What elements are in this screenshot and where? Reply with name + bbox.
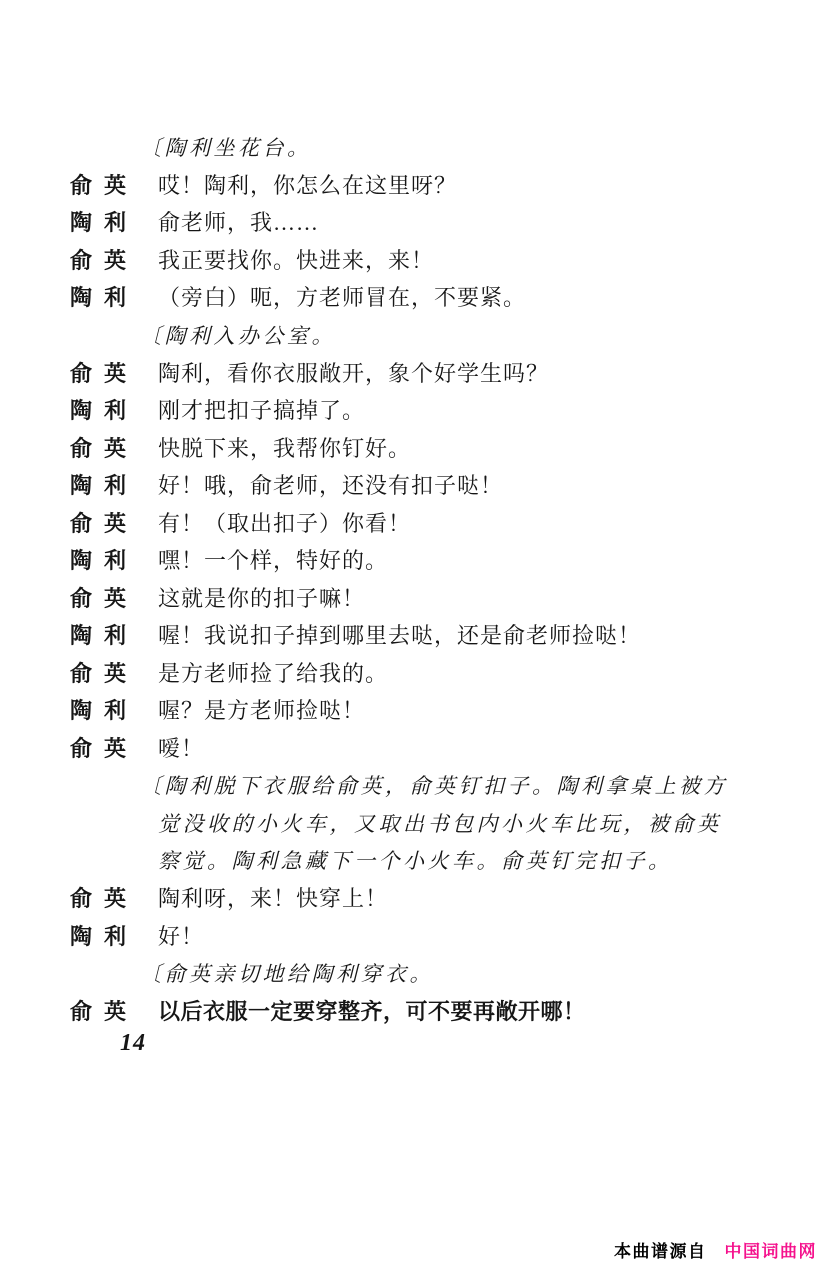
page-number: 14 (120, 1030, 146, 1057)
dialogue-text: 好！哦，俞老师，还没有扣子哒！ (158, 469, 503, 500)
dialogue-line: 俞英 这就是你的扣子嘛！ (0, 579, 822, 617)
dialogue-text: 陶利呀，来！快穿上！ (158, 882, 388, 913)
stage-direction-line: 察觉。陶利急藏下一个小火车。俞英钉完扣子。 (0, 841, 822, 879)
speaker-name: 陶利 (70, 281, 158, 312)
speaker-name: 陶利 (70, 394, 158, 425)
stage-direction-line: 〔俞英亲切地给陶利穿衣。 (0, 954, 822, 992)
dialogue-line: 陶利 好！ (0, 916, 822, 954)
stage-direction-line: 〔陶利坐花台。 (0, 128, 822, 166)
dialogue-text: 是方老师捡了给我的。 (158, 657, 388, 688)
stage-direction-text: 〔陶利入办公室。 (140, 320, 336, 350)
speaker-name: 俞英 (70, 244, 158, 275)
dialogue-text: 嘿！一个样，特好的。 (158, 544, 388, 575)
dialogue-line: 陶利 喔！我说扣子掉到哪里去哒，还是俞老师捡哒！ (0, 616, 822, 654)
dialogue-text: 好！ (158, 920, 204, 951)
speaker-name: 俞英 (70, 357, 158, 388)
dialogue-line: 陶利 喔？是方老师捡哒！ (0, 691, 822, 729)
dialogue-text: 俞老师，我…… (158, 206, 319, 237)
dialogue-line: 俞英 我正要找你。快进来，来！ (0, 241, 822, 279)
speaker-name: 俞英 (70, 882, 158, 913)
stage-direction-text: 觉没收的小火车，又取出书包内小火车比玩，被俞英 (158, 808, 722, 838)
dialogue-line: 陶利 好！哦，俞老师，还没有扣子哒！ (0, 466, 822, 504)
speaker-name: 俞英 (70, 507, 158, 538)
stage-direction-line: 觉没收的小火车，又取出书包内小火车比玩，被俞英 (0, 804, 822, 842)
dialogue-text: 嗳！ (158, 732, 204, 763)
dialogue-line: 俞英 哎！陶利，你怎么在这里呀？ (0, 166, 822, 204)
dialogue-text: 以后衣服一定要穿整齐，可不要再敞开哪！ (158, 995, 586, 1026)
dialogue-text: 哎！陶利，你怎么在这里呀？ (158, 169, 457, 200)
stage-direction-text: 察觉。陶利急藏下一个小火车。俞英钉完扣子。 (158, 845, 673, 875)
footer-source-label: 本曲谱源自 (614, 1242, 707, 1262)
speaker-name: 俞英 (70, 582, 158, 613)
speaker-name: 陶利 (70, 920, 158, 951)
dialogue-text: （旁白）呃，方老师冒在，不要紧。 (158, 281, 526, 312)
dialogue-line: 陶利 （旁白）呃，方老师冒在，不要紧。 (0, 278, 822, 316)
dialogue-line: 俞英 是方老师捡了给我的。 (0, 654, 822, 692)
stage-direction-text: 〔陶利脱下衣服给俞英，俞英钉扣子。陶利拿桌上被方 (140, 770, 728, 800)
dialogue-text: 快脱下来，我帮你钉好。 (158, 432, 411, 463)
speaker-name: 俞英 (70, 432, 158, 463)
dialogue-line: 俞英 快脱下来，我帮你钉好。 (0, 428, 822, 466)
speaker-name: 陶利 (70, 206, 158, 237)
script-lines: 〔陶利坐花台。 俞英 哎！陶利，你怎么在这里呀？ 陶利 俞老师，我…… 俞英 我… (0, 128, 822, 1029)
dialogue-text: 喔？是方老师捡哒！ (158, 694, 365, 725)
dialogue-line: 陶利 嘿！一个样，特好的。 (0, 541, 822, 579)
speaker-name: 俞英 (70, 657, 158, 688)
speaker-name: 陶利 (70, 619, 158, 650)
dialogue-line: 俞英 陶利，看你衣服敞开，象个好学生吗？ (0, 353, 822, 391)
dialogue-text: 喔！我说扣子掉到哪里去哒，还是俞老师捡哒！ (158, 619, 641, 650)
dialogue-line: 俞英 陶利呀，来！快穿上！ (0, 879, 822, 917)
footer-watermark: 本曲谱源自中国词曲网 (614, 1237, 817, 1262)
dialogue-line: 俞英 以后衣服一定要穿整齐，可不要再敞开哪！ (0, 992, 822, 1030)
speaker-name: 俞英 (70, 732, 158, 763)
dialogue-text: 有！（取出扣子）你看！ (158, 507, 411, 538)
stage-direction-line: 〔陶利脱下衣服给俞英，俞英钉扣子。陶利拿桌上被方 (0, 766, 822, 804)
dialogue-text: 我正要找你。快进来，来！ (158, 244, 434, 275)
dialogue-text: 陶利，看你衣服敞开，象个好学生吗？ (158, 357, 549, 388)
dialogue-text: 这就是你的扣子嘛！ (158, 582, 365, 613)
script-page: 〔陶利坐花台。 俞英 哎！陶利，你怎么在这里呀？ 陶利 俞老师，我…… 俞英 我… (0, 0, 822, 1269)
speaker-name: 陶利 (70, 469, 158, 500)
footer-site-name: 中国词曲网 (725, 1242, 818, 1262)
stage-direction-text: 〔俞英亲切地给陶利穿衣。 (140, 958, 434, 988)
dialogue-text: 刚才把扣子搞掉了。 (158, 394, 365, 425)
stage-direction-line: 〔陶利入办公室。 (0, 316, 822, 354)
speaker-name: 陶利 (70, 694, 158, 725)
stage-direction-text: 〔陶利坐花台。 (140, 132, 312, 162)
speaker-name: 陶利 (70, 544, 158, 575)
dialogue-line: 俞英 有！（取出扣子）你看！ (0, 503, 822, 541)
dialogue-line: 俞英 嗳！ (0, 729, 822, 767)
dialogue-line: 陶利 刚才把扣子搞掉了。 (0, 391, 822, 429)
speaker-name: 俞英 (70, 995, 158, 1026)
speaker-name: 俞英 (70, 169, 158, 200)
dialogue-line: 陶利 俞老师，我…… (0, 203, 822, 241)
